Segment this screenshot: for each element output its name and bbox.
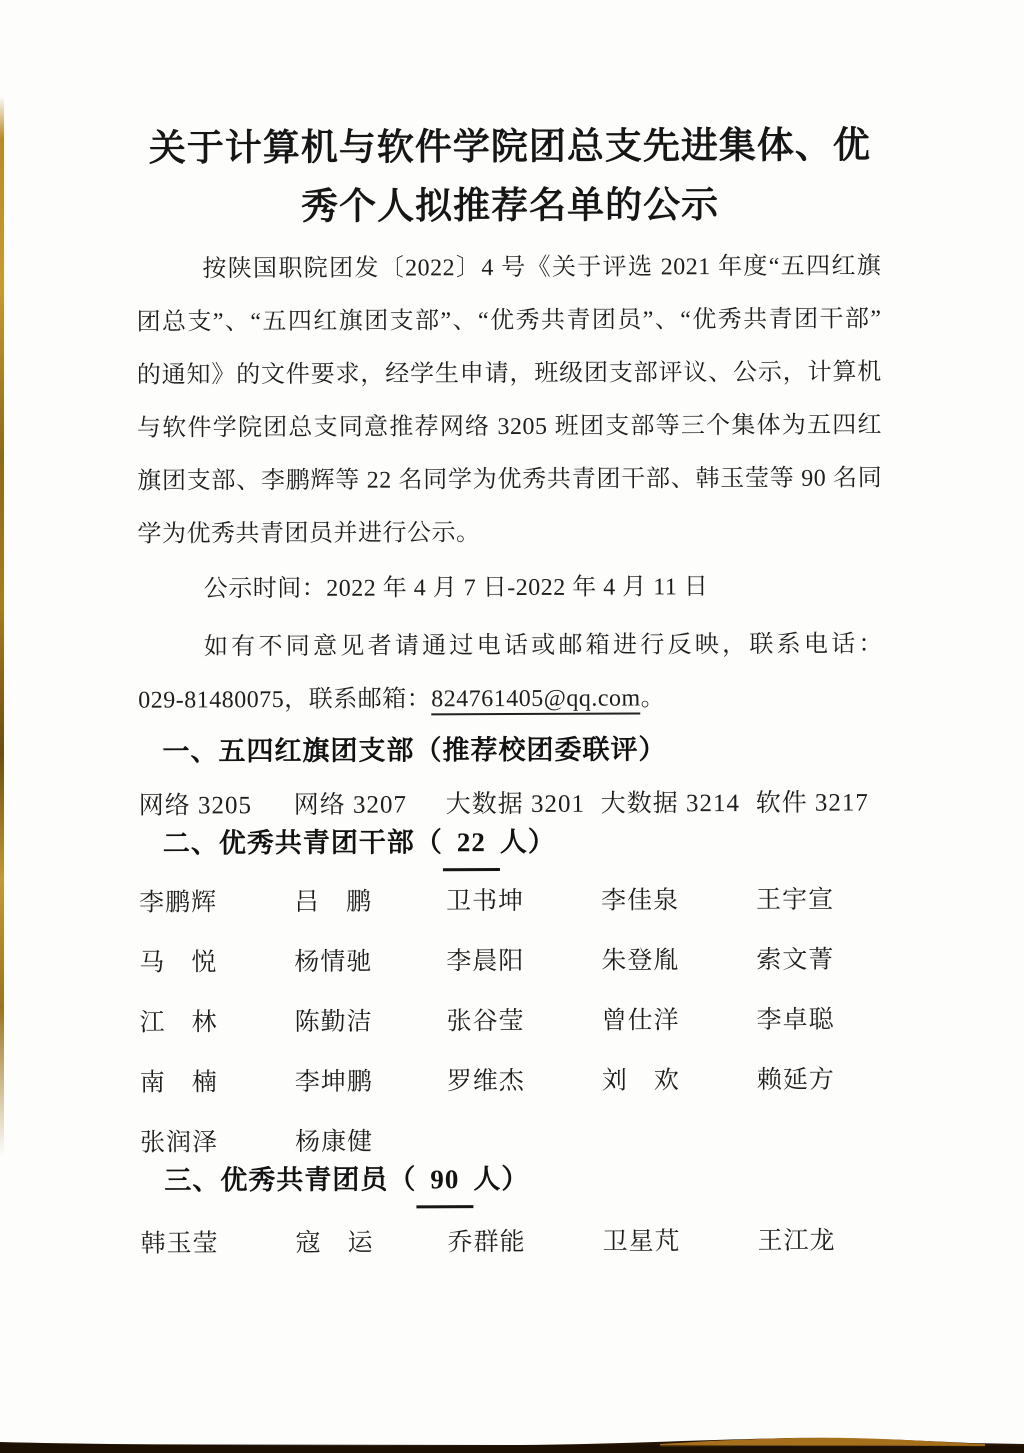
section-2-heading-prefix: 二、优秀共青团干部（: [163, 827, 443, 858]
intro-line: 与软件学院团总支同意推荐网络 3205 班团支部等三个集体为五四红: [137, 399, 882, 455]
class-item: 软件 3217: [756, 790, 916, 817]
name-item: 乔群能: [448, 1230, 603, 1257]
class-item: 大数据 3214: [601, 791, 756, 818]
name-item: 杨情驰: [294, 949, 446, 976]
intro-line: 旗团支部、李鹏辉等 22 名同学为优秀共青团干部、韩玉莹等 90 名同: [137, 452, 882, 508]
name-item: 南 楠: [140, 1070, 295, 1097]
name-item: 李坤鹏: [295, 1069, 447, 1096]
contact-line-suffix: 。: [641, 685, 666, 711]
name-item: 罗维杰: [447, 1069, 602, 1096]
name-item: 李晨阳: [446, 949, 601, 976]
scan-paper-bottom-edge: [0, 1435, 1024, 1453]
section-3-heading-suffix: 人）: [473, 1164, 529, 1194]
section-2-heading-suffix: 人）: [500, 827, 556, 857]
document-page: 关于计算机与软件学院团总支先进集体、优 秀个人拟推荐名单的公示 按陕国职院团发〔…: [0, 0, 1024, 1453]
name-item: 朱登胤: [601, 948, 756, 975]
member-count: 90: [416, 1155, 473, 1208]
title-line-1: 关于计算机与软件学院团总支先进集体、优: [0, 116, 1022, 179]
member-name-list: 韩玉莹寇 运乔群能卫星芃王江龙: [141, 1228, 1024, 1258]
name-item: 陈勤洁: [295, 1009, 447, 1036]
section-3-heading-prefix: 三、优秀共青团员（: [164, 1164, 416, 1195]
intro-line: 按陕国职院团发〔2022〕4 号《关于评选 2021 年度“五四红旗: [136, 240, 881, 296]
intro-line: 的通知》的文件要求，经学生申请，班级团支部评议、公示，计算机: [137, 346, 882, 402]
name-item: 江 林: [140, 1010, 295, 1037]
class-item: 大数据 3201: [446, 792, 601, 819]
title-line-2: 秀个人拟推荐名单的公示: [0, 175, 1022, 238]
name-item: 卫书坤: [446, 889, 601, 916]
feedback-line: 如有不同意见者请通过电话或邮箱进行反映，联系电话：: [138, 618, 883, 674]
class-item: 网络 3207: [294, 792, 446, 819]
scan-paper-left-edge: [0, 96, 4, 1156]
name-item: 刘 欢: [602, 1068, 757, 1095]
name-item: 李卓聪: [757, 1007, 917, 1034]
name-item: 张润泽: [140, 1130, 295, 1157]
intro-paragraph: 按陕国职院团发〔2022〕4 号《关于评选 2021 年度“五四红旗 团总支”、…: [136, 240, 882, 561]
name-item: 索文菁: [756, 947, 916, 974]
section-2-heading: 二、优秀共青团干部（22人）: [163, 816, 1024, 873]
name-item: 王江龙: [758, 1228, 918, 1255]
class-item: 网络 3205: [139, 793, 294, 820]
contact-email: 824761405@qq.com: [431, 685, 641, 715]
name-item: 张谷莹: [447, 1009, 602, 1036]
section-3-heading: 三、优秀共青团员（90人）: [164, 1153, 1024, 1210]
name-item: 赖延方: [757, 1067, 917, 1094]
section-1-heading: 一、五四红旗团支部（推荐校团委联评）: [162, 724, 1024, 776]
red-flag-branch-list: 网络 3205网络 3207大数据 3201大数据 3214软件 3217: [139, 790, 1024, 820]
name-item: 吕 鹏: [294, 889, 446, 916]
contact-phone: 029-81480075，联系邮箱：: [138, 686, 431, 713]
name-item: 寇 运: [296, 1230, 448, 1257]
publicity-period-line: 公示时间：2022 年 4 月 7 日-2022 年 4 月 11 日: [138, 560, 883, 616]
name-item: 杨康健: [295, 1129, 447, 1156]
intro-line: 团总支”、“五四红旗团支部”、“优秀共青团员”、“优秀共青团干部”: [136, 293, 881, 349]
intro-line: 学为优秀共青团员并进行公示。: [137, 505, 882, 561]
document-title: 关于计算机与软件学院团总支先进集体、优 秀个人拟推荐名单的公示: [0, 116, 1022, 238]
name-item: 王宇宣: [756, 887, 916, 914]
cadre-name-list: 李鹏辉吕 鹏卫书坤李佳泉王宇宣马 悦杨情驰李晨阳朱登胤索文菁江 林陈勤洁张谷莹曾…: [139, 887, 1024, 1157]
contact-line: 029-81480075，联系邮箱：824761405@qq.com。: [138, 671, 883, 727]
name-item: 卫星芃: [603, 1229, 758, 1256]
name-item: 李佳泉: [601, 888, 756, 915]
name-item: 马 悦: [139, 950, 294, 977]
name-item: 李鹏辉: [139, 890, 294, 917]
name-item: 韩玉莹: [141, 1231, 296, 1258]
cadre-count: 22: [443, 818, 500, 871]
name-item: 曾仕洋: [602, 1008, 757, 1035]
